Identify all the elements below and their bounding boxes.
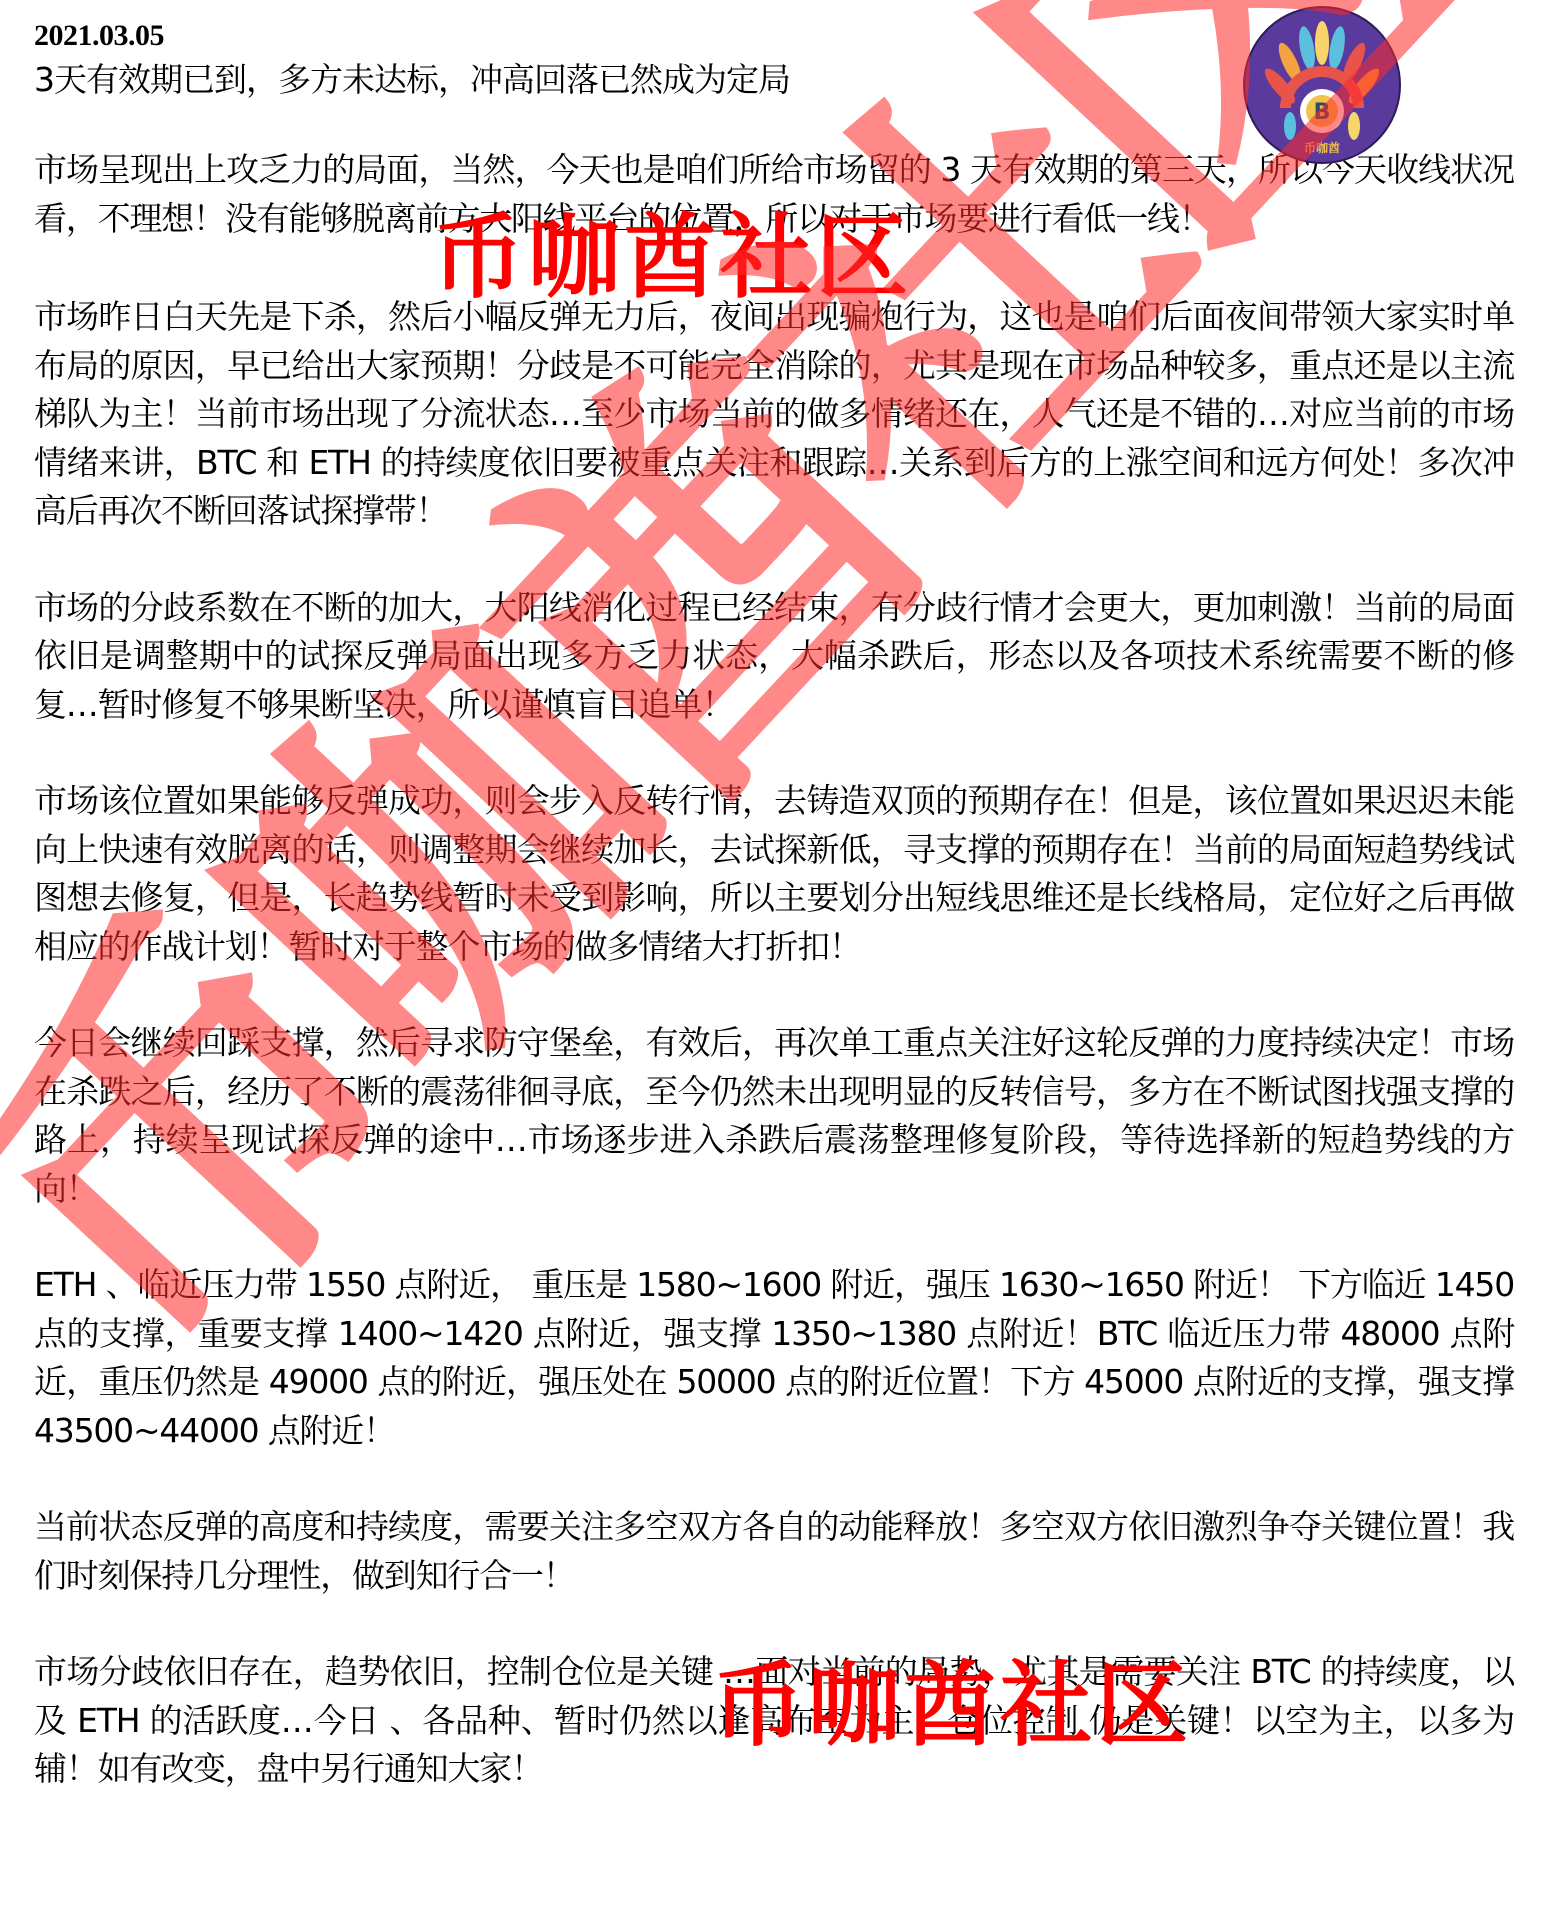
paragraph-6: ETH 、临近压力带 1550 点附近， 重压是 1580~1600 附近，强压… <box>34 1261 1514 1455</box>
feather-headdress-icon: B 币咖酋 <box>1245 8 1399 162</box>
svg-text:B: B <box>1314 100 1331 125</box>
brand-logo: B 币咖酋 <box>1243 6 1401 164</box>
paragraph-3: 市场的分歧系数在不断的加大，大阳线消化过程已经结束，有分歧行情才会更大，更加刺激… <box>34 584 1514 730</box>
watermark-bottom: 币咖酋社区 <box>712 1660 1192 1752</box>
paragraph-5: 今日会继续回踩支撑，然后寻求防守堡垒，有效后，再次单工重点关注好这轮反弹的力度持… <box>34 1019 1514 1213</box>
paragraph-2: 市场昨日白天先是下杀，然后小幅反弹无力后，夜间出现骗炮行为，这也是咱们后面夜间带… <box>34 293 1514 536</box>
paragraph-4: 市场该位置如果能够反弹成功，则会步入反转行情，去铸造双顶的预期存在！但是，该位置… <box>34 777 1514 971</box>
paragraph-7: 当前状态反弹的高度和持续度，需要关注多空双方各自的动能释放！多空双方依旧激烈争夺… <box>34 1503 1514 1600</box>
watermark-top: 币咖酋社区 <box>432 212 912 304</box>
svg-text:币咖酋: 币咖酋 <box>1304 140 1340 155</box>
